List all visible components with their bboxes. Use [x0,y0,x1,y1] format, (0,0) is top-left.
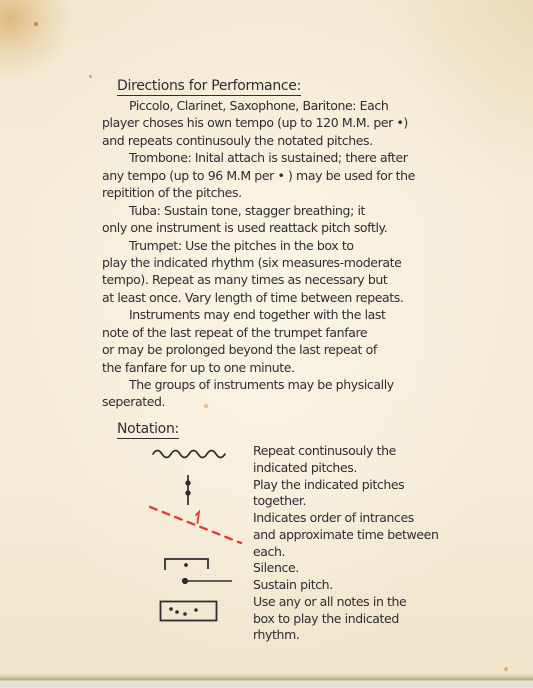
legend-line: box to play the indicated [253,611,453,628]
text-line: Tuba: Sustain tone, stagger breathing; i… [102,202,447,219]
page-title: Directions for Performance: [117,78,301,96]
legend-line: and approximate time between [253,527,453,544]
text-line: Trumpet: Use the pitches in the box to [102,237,447,254]
legend-line: Play the indicated pitches [253,477,453,494]
legend-line: Indicates order of intrances [253,510,453,527]
legend-line: Repeat continusouly the [253,443,453,460]
legend-line: rhythm. [253,627,453,644]
legend-line: each. [253,544,453,561]
text-line: and repeats continusouly the notated pit… [102,132,447,149]
paper-bottom-edge [0,674,533,681]
text-line: Piccolo, Clarinet, Saxophone, Baritone: … [102,97,447,114]
entrance-order-dashes-icon [146,503,246,549]
text-line: note of the last repeat of the trumpet f… [102,324,447,341]
notes-box-icon [159,600,219,623]
text-line: only one instrument is used reattack pit… [102,219,447,236]
text-line: repitition of the pitches. [102,184,447,201]
paper-speck [504,667,508,671]
text-line: The groups of instruments may be physica… [102,376,447,393]
notation-heading: Notation: [117,421,179,439]
text-line: seperated. [102,393,447,410]
together-line-icon [182,474,194,506]
legend-line: together. [253,493,453,510]
text-line: or may be prolonged beyond the last repe… [102,341,447,358]
paper-speck [34,22,38,26]
silence-bracket-icon [163,556,211,572]
text-line: any tempo (up to 96 M.M per • ) may be u… [102,167,447,184]
legend-line: indicated pitches. [253,460,453,477]
text-line: the fanfare for up to one minute. [102,359,447,376]
text-line: tempo). Repeat as many times as necessar… [102,271,447,288]
manuscript-page: Directions for Performance: Piccolo, Cla… [0,0,533,681]
legend-line: Sustain pitch. [253,577,453,594]
notation-legend-text: Repeat continusouly the indicated pitche… [253,443,453,644]
text-line: Instruments may end together with the la… [102,306,447,323]
text-line: Trombone: Inital attach is sustained; th… [102,149,447,166]
text-line: at least once. Vary length of time betwe… [102,289,447,306]
text-line: player choses his own tempo (up to 120 M… [102,114,447,131]
paper-speck [89,75,92,78]
legend-line: Use any or all notes in the [253,594,453,611]
sustain-pitch-icon [180,575,234,587]
wavy-line-icon [151,445,227,459]
legend-line: Silence. [253,560,453,577]
directions-text: Piccolo, Clarinet, Saxophone, Baritone: … [102,97,447,411]
text-line: play the indicated rhythm (six measures-… [102,254,447,271]
